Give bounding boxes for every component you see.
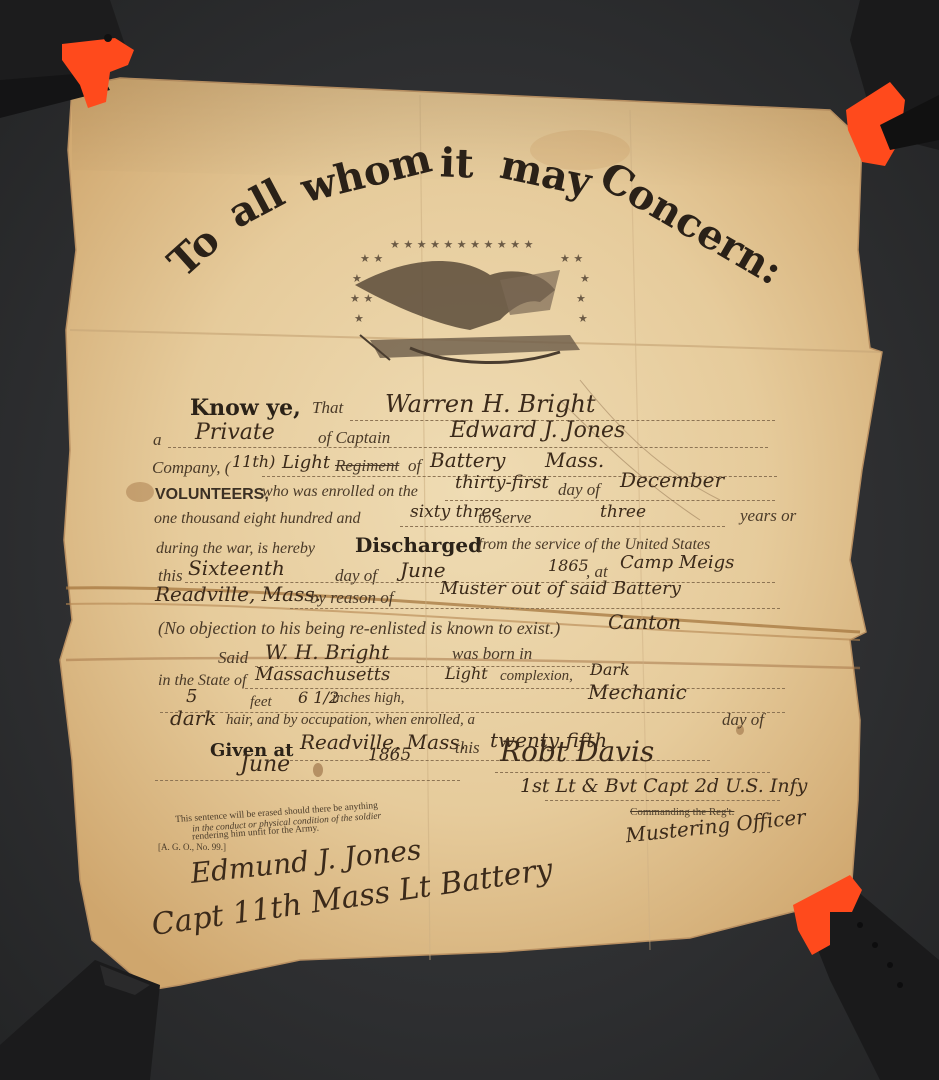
given-year: 1865 <box>368 745 411 765</box>
complexion-label: complexion, <box>500 668 573 685</box>
no-objection-note: (No objection to his being re-enlisted i… <box>158 618 560 639</box>
height-feet: 5 <box>186 686 197 707</box>
heading-word: it <box>439 139 474 187</box>
discharge-place: Camp Meigs <box>620 552 734 573</box>
certificate-scene: ★ ★ ★ ★ ★ ★ ★ ★ ★ ★ ★ ★ ★★ ★ ★★ ★ ★★ ★★ … <box>0 0 939 1080</box>
state-label: in the State of <box>158 672 246 690</box>
enrolled-label: who was enrolled on the <box>262 483 418 501</box>
order-reference: [A. G. O., No. 99.] <box>158 842 226 852</box>
discharged-label: Discharged <box>355 533 482 557</box>
that-label: That <box>312 398 343 418</box>
enrolled-day: thirty-first <box>455 472 549 493</box>
svg-text:★: ★ <box>580 272 590 285</box>
day-of-label-3: day of <box>722 710 764 730</box>
initials-name: W. H. Bright <box>265 640 389 664</box>
birthplace: Canton <box>608 610 681 634</box>
unit-type: Battery <box>430 448 505 472</box>
discharge-place-2: Readville, Mass. <box>155 582 321 606</box>
svg-text:★: ★ <box>354 312 364 325</box>
complexion-value: Light <box>445 664 488 683</box>
regiment-label-struck: Regiment <box>335 456 399 476</box>
year-prefix-label: one thousand eight hundred and <box>154 510 361 528</box>
unit-handwritten: Light <box>282 452 330 473</box>
svg-text:★ ★: ★ ★ <box>560 252 583 265</box>
svg-text:★ ★ ★ ★ ★ ★ ★ ★ ★ ★ ★: ★ ★ ★ ★ ★ ★ ★ ★ ★ ★ ★ <box>390 238 534 251</box>
inches-label: inches high, <box>332 690 405 707</box>
given-month: June <box>240 752 290 777</box>
eyes-value: Dark <box>590 660 630 679</box>
discharge-month: June <box>400 558 446 582</box>
discharge-day: Sixteenth <box>188 556 285 580</box>
by-reason-label: by reason of <box>310 588 393 608</box>
said-label: Said <box>218 648 248 668</box>
day-of-label: day of <box>558 480 600 500</box>
company-label: Company, ( <box>152 458 230 478</box>
hair-value: dark <box>170 706 216 730</box>
reason-value: Muster out of said Battery <box>440 578 681 599</box>
this-label-2: this <box>455 738 480 758</box>
term-value: three <box>600 502 646 522</box>
rank-value: Private <box>195 420 275 445</box>
know-ye-label: Know ye, <box>190 395 301 421</box>
day-of-label-2: day of <box>335 566 377 586</box>
company-value: 11th) <box>232 452 275 471</box>
of-captain-label: of Captain <box>318 428 390 448</box>
discharge-year: 1865 <box>548 556 589 575</box>
svg-text:★: ★ <box>578 312 588 325</box>
feet-label: feet <box>250 694 272 711</box>
svg-text:★ ★: ★ ★ <box>350 292 373 305</box>
officer-title: 1st Lt & Bvt Capt 2d U.S. Infy <box>520 775 807 797</box>
soldier-name: Warren H. Bright <box>385 390 596 418</box>
state-abbrev: Mass. <box>545 448 604 472</box>
captain-name: Edward J. Jones <box>450 418 625 443</box>
enrolled-month: December <box>620 468 724 492</box>
to-serve-label: to serve <box>478 508 531 528</box>
hair-label: hair, and by occupation, when enrolled, … <box>226 712 475 729</box>
years-label: years or <box>740 506 796 526</box>
of-label: of <box>408 456 421 476</box>
birth-state: Massachusetts <box>255 664 390 685</box>
a-label: a <box>153 430 162 450</box>
born-label: was born in <box>452 644 532 664</box>
svg-text:★ ★: ★ ★ <box>360 252 383 265</box>
volunteers-label: VOLUNTEERS, <box>155 486 269 504</box>
svg-text:★: ★ <box>576 292 586 305</box>
officer-signature: Robt Davis <box>500 735 654 768</box>
occupation-value: Mechanic <box>588 680 687 704</box>
